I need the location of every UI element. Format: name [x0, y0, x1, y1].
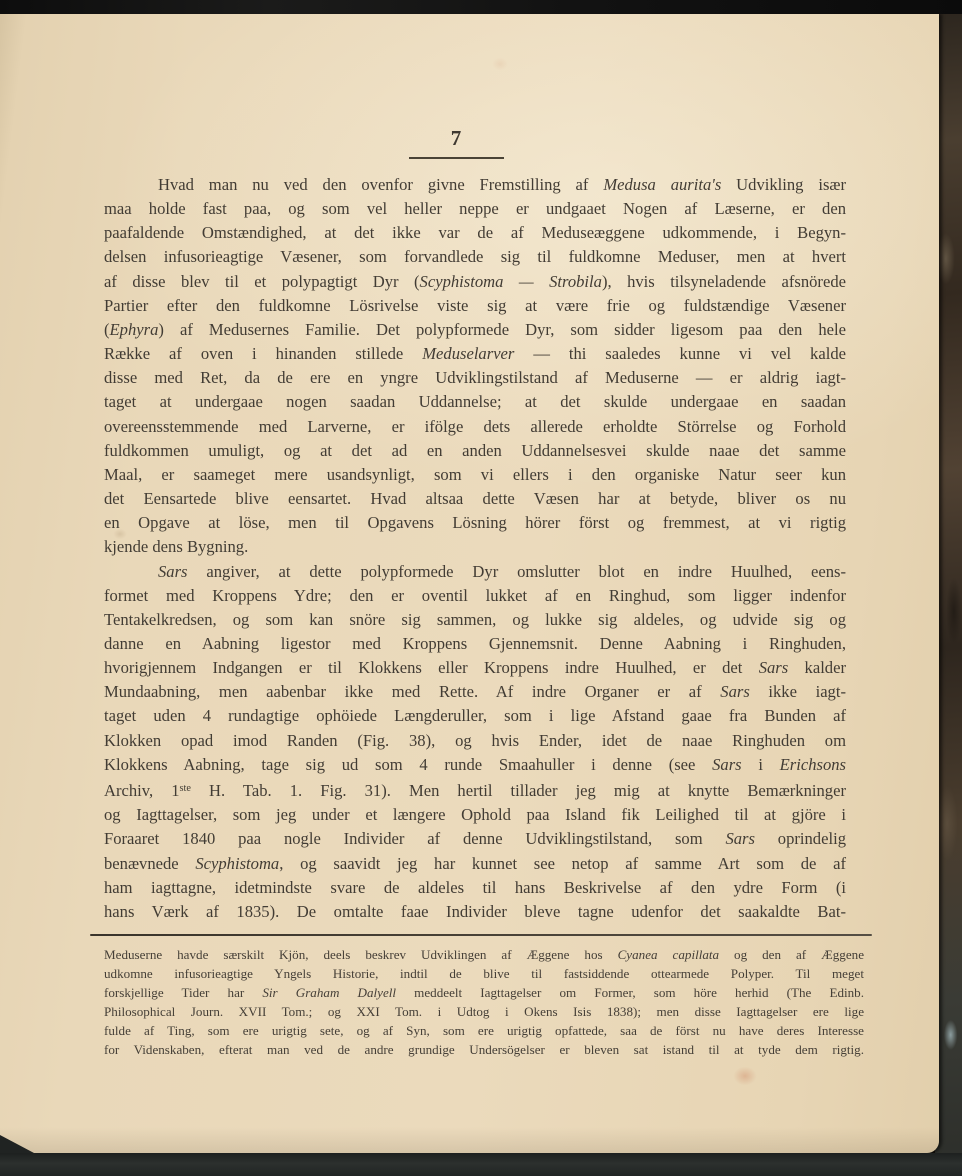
text-line: Partier efter den fuldkomne Lösrivelse v… [104, 294, 846, 318]
text-segment: hans Værk af 1835). De omtalte faae Indi… [104, 902, 846, 921]
text-segment: Scyphistoma [195, 854, 279, 873]
page-number: 7 [409, 126, 504, 159]
text-line: maa holde fast paa, og som vel heller ne… [104, 197, 846, 221]
text-segment: det Eensartede blive eensartet. Hvad alt… [104, 489, 846, 508]
text-line: forskjellige Tider har Sir Graham Dalyel… [104, 983, 864, 1002]
text-line: disse med Ret, da de ere en yngre Udvikl… [104, 366, 846, 390]
text-line: Tentakelkredsen, og som kan snöre sig sa… [104, 608, 846, 632]
text-line: Archiv, 1ste H. Tab. 1. Fig. 31). Men he… [104, 777, 846, 803]
text-segment: paafaldende Omstændighed, at det ikke va… [104, 223, 846, 242]
text-line: (Ephyra) af Medusernes Familie. Det poly… [104, 318, 846, 342]
text-segment: Klokkens Aabning, tage sig ud som 4 rund… [104, 755, 712, 774]
text-segment: taget uden 4 rundagtige ophöiede Længder… [104, 706, 846, 725]
text-segment: ), hvis tilsyneladende afsnörede [602, 272, 846, 291]
text-segment: taget at undergaae nogen saadan Uddannel… [104, 392, 846, 411]
text-line: Række af oven i hinanden stillede Meduse… [104, 342, 846, 366]
text-line: ham iagttagne, idetmindste svare de alde… [104, 876, 846, 900]
text-segment: , og saavidt jeg har kunnet see netop af… [279, 854, 846, 873]
text-segment: kalder [788, 658, 846, 677]
text-segment: Meduserne havde særskilt Kjön, deels bes… [104, 947, 618, 962]
text-segment: Sars [720, 682, 750, 701]
text-segment: Sars [725, 829, 755, 848]
text-segment: hvorigjennem Indgangen er til Klokkens e… [104, 658, 759, 677]
text-line: overeensstemmende med Larverne, er ifölg… [104, 415, 846, 439]
footnote-block: Meduserne havde særskilt Kjön, deels bes… [104, 945, 864, 1060]
main-text-block: Hvad man nu ved den ovenfor givne Fremst… [104, 173, 846, 924]
text-line: formet med Kroppens Ydre; den er oventil… [104, 584, 846, 608]
text-segment: oprindelig [755, 829, 846, 848]
text-segment: Sars [712, 755, 742, 774]
text-line: taget uden 4 rundagtige ophöiede Længder… [104, 704, 846, 728]
text-segment: Philosophical Journ. XVII Tom.; og XXI T… [104, 1004, 864, 1019]
text-segment: Mundaabning, men aabenbar ikke med Rette… [104, 682, 720, 701]
text-line: Philosophical Journ. XVII Tom.; og XXI T… [104, 1002, 864, 1021]
text-segment: H. Tab. 1. Fig. 31). Men hertil tillader… [191, 781, 846, 800]
text-line: Foraaret 1840 paa nogle Individer af den… [104, 827, 846, 851]
text-line: hans Værk af 1835). De omtalte faae Indi… [104, 900, 846, 924]
text-segment: ham iagttagne, idetmindste svare de alde… [104, 878, 846, 897]
text-segment: meddeelt Iagttagelser om Former, som hör… [396, 985, 864, 1000]
text-segment: Række af oven i hinanden stillede [104, 344, 422, 363]
text-segment: Maal, er saameget mere usandsynligt, som… [104, 465, 846, 484]
text-line: udkomne infusorieagtige Yngels Historie,… [104, 964, 864, 983]
scanned-book-page-photo: 7 Hvad man nu ved den ovenfor givne Frem… [0, 0, 962, 1176]
text-segment: — thi saaledes kunne vi vel kalde [514, 344, 846, 363]
text-segment: Ephyra [110, 320, 159, 339]
text-line: danne en Aabning ligestor med Kroppens G… [104, 632, 846, 656]
text-segment: og den af Æggene [719, 947, 864, 962]
paragraph: Hvad man nu ved den ovenfor givne Fremst… [104, 173, 846, 560]
text-segment: fuldkommen umuligt, og at det ad en ande… [104, 441, 846, 460]
page-paper: 7 Hvad man nu ved den ovenfor givne Frem… [0, 14, 939, 1153]
text-segment: overeensstemmende med Larverne, er ifölg… [104, 417, 846, 436]
text-segment: Sars [158, 562, 188, 581]
text-line: taget at undergaae nogen saadan Uddannel… [104, 390, 846, 414]
text-segment: en Opgave at löse, men til Opgavens Lösn… [104, 513, 846, 532]
photo-top-edge [0, 0, 962, 14]
text-line: delsen infusorieagtige Væsener, som forv… [104, 245, 846, 269]
text-segment: Sars [759, 658, 789, 677]
photo-bottom-edge [0, 1153, 962, 1176]
text-segment: delsen infusorieagtige Væsener, som forv… [104, 247, 846, 266]
text-line: og Iagttagelser, som jeg under et længer… [104, 803, 846, 827]
text-line: en Opgave at löse, men til Opgavens Lösn… [104, 511, 846, 535]
paragraph: Meduserne havde særskilt Kjön, deels bes… [104, 945, 864, 1060]
text-line: Mundaabning, men aabenbar ikke med Rette… [104, 680, 846, 704]
text-line: for Videnskaben, efterat man ved de andr… [104, 1040, 864, 1059]
text-segment: Tentakelkredsen, og som kan snöre sig sa… [104, 610, 846, 629]
text-line: hvorigjennem Indgangen er til Klokkens e… [104, 656, 846, 680]
text-segment: Partier efter den fuldkomne Lösrivelse v… [104, 296, 846, 315]
text-segment: Foraaret 1840 paa nogle Individer af den… [104, 829, 725, 848]
text-segment: fulde af Ting, som ere urigtig sete, og … [104, 1023, 864, 1038]
text-segment: Klokken opad imod Randen (Fig. 38), og h… [104, 731, 846, 750]
text-line: fulde af Ting, som ere urigtig sete, og … [104, 1021, 864, 1040]
text-line: Meduserne havde særskilt Kjön, deels bes… [104, 945, 864, 964]
text-segment: disse med Ret, da de ere en yngre Udvikl… [104, 368, 846, 387]
text-segment: benævnede [104, 854, 195, 873]
text-segment: af disse blev til et polypagtigt Dyr ( [104, 272, 420, 291]
text-segment: angiver, at dette polypformede Dyr omslu… [188, 562, 846, 581]
text-segment: Meduselarver [422, 344, 514, 363]
text-line: benævnede Scyphistoma, og saavidt jeg ha… [104, 852, 846, 876]
paragraph: Sars angiver, at dette polypformede Dyr … [104, 560, 846, 924]
text-line: Klokkens Aabning, tage sig ud som 4 rund… [104, 753, 846, 777]
text-segment: Sir Graham Dalyell [262, 985, 396, 1000]
text-segment: ikke iagt- [750, 682, 846, 701]
text-segment: danne en Aabning ligestor med Kroppens G… [104, 634, 846, 653]
text-segment: kjende dens Bygning. [104, 537, 248, 556]
text-segment: Cyanea capillata [618, 947, 720, 962]
text-segment: og Iagttagelser, som jeg under et længer… [104, 805, 846, 824]
text-segment: ) af Medusernes Familie. Det polypformed… [158, 320, 846, 339]
text-line: Maal, er saameget mere usandsynligt, som… [104, 463, 846, 487]
text-segment: forskjellige Tider har [104, 985, 262, 1000]
text-segment: Archiv, 1 [104, 781, 180, 800]
text-line: paafaldende Omstændighed, at det ikke va… [104, 221, 846, 245]
text-segment: Erichsons [780, 755, 846, 774]
text-segment: Udvikling især [721, 175, 846, 194]
text-line: Hvad man nu ved den ovenfor givne Fremst… [104, 173, 846, 197]
text-line: Klokken opad imod Randen (Fig. 38), og h… [104, 729, 846, 753]
text-line: af disse blev til et polypagtigt Dyr (Sc… [104, 270, 846, 294]
text-segment: i [742, 755, 780, 774]
text-segment: formet med Kroppens Ydre; den er oventil… [104, 586, 846, 605]
text-line: det Eensartede blive eensartet. Hvad alt… [104, 487, 846, 511]
text-segment: udkomne infusorieagtige Yngels Historie,… [104, 966, 864, 981]
text-segment: for Videnskaben, efterat man ved de andr… [104, 1042, 864, 1057]
text-segment: maa holde fast paa, og som vel heller ne… [104, 199, 846, 218]
text-line: kjende dens Bygning. [104, 535, 846, 559]
footnote-separator-rule [90, 934, 872, 936]
text-line: fuldkommen umuligt, og at det ad en ande… [104, 439, 846, 463]
text-segment: ste [180, 783, 191, 794]
text-segment: Hvad man nu ved den ovenfor givne Fremst… [158, 175, 603, 194]
text-line: Sars angiver, at dette polypformede Dyr … [104, 560, 846, 584]
text-segment: Scyphistoma — Strobila [420, 272, 602, 291]
text-segment: Medusa aurita's [603, 175, 721, 194]
